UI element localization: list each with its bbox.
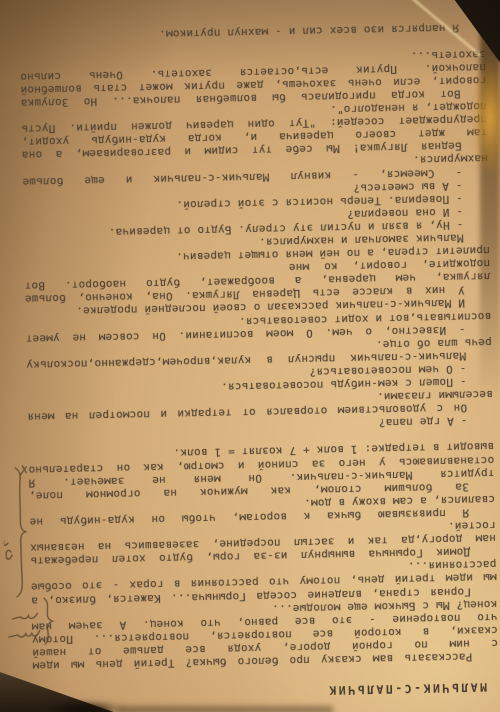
margin-brace-icon bbox=[44, 598, 53, 644]
handwritten-margin-note bbox=[5, 594, 57, 647]
cursive-word bbox=[12, 614, 37, 620]
document-title: МАЛЬЧИК-С-ПАЛЬЧИК bbox=[327, 680, 487, 697]
flourish bbox=[20, 466, 26, 475]
bottom-left-dark-blob bbox=[42, 701, 126, 712]
margin-brace-icon bbox=[14, 468, 27, 597]
cursive-letters bbox=[4, 541, 13, 559]
rotated-page-content: МАЛЬЧИК-С-ПАЛЬЧИК Рассказать вам сказку … bbox=[0, 0, 500, 712]
document-body: Рассказать вам сказку про белого бычка? … bbox=[19, 21, 498, 672]
long-margin-brace bbox=[2, 463, 33, 600]
bottom-edge-smudge bbox=[118, 706, 333, 712]
photo-of-typewritten-page: МАЛЬЧИК-С-ПАЛЬЧИК Рассказать вам сказку … bbox=[0, 0, 500, 712]
cursive-word bbox=[9, 630, 40, 637]
right-edge-glow bbox=[472, 58, 500, 178]
